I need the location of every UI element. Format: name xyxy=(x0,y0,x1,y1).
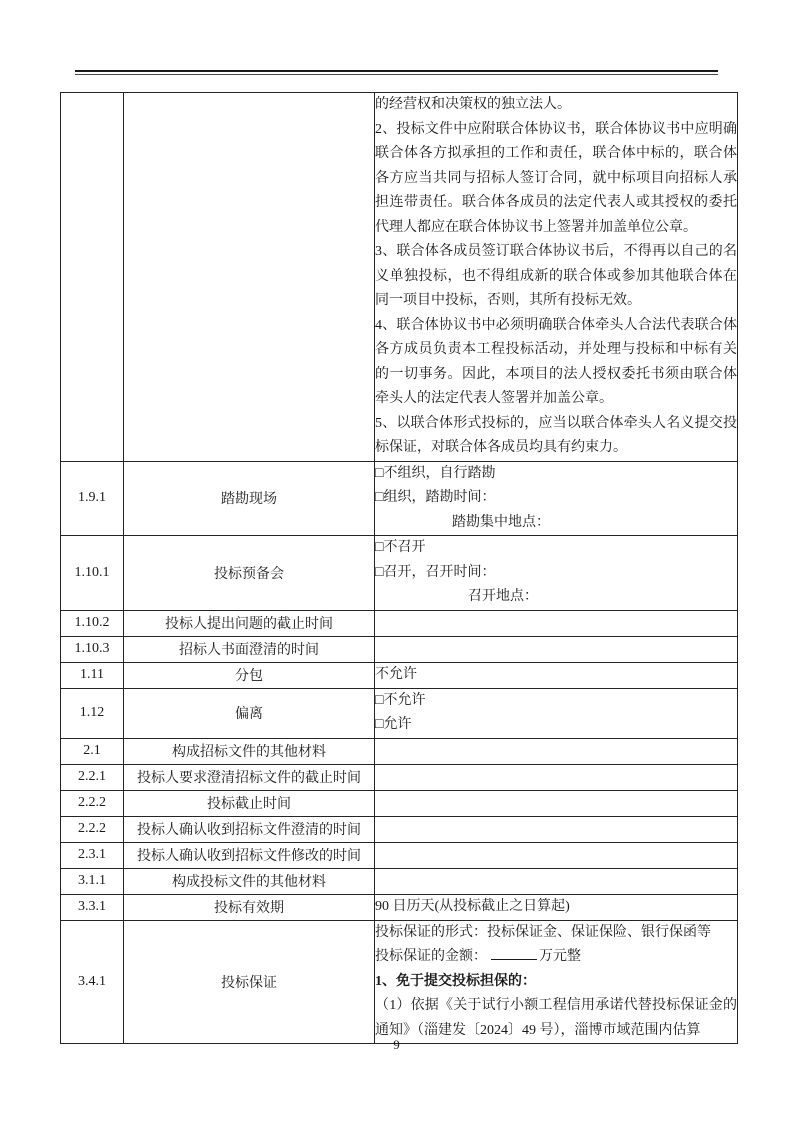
clause-number-cell: 2.1 xyxy=(61,738,124,764)
security-form-line: 投标保证的形式：投标保证金、保证保险、银行保函等 xyxy=(375,921,737,946)
checkbox-option-no-organize: □不组织，自行踏勘 xyxy=(375,462,737,487)
clause-name-cell xyxy=(124,93,375,462)
table-row-site-inspection: 1.9.1 踏勘现场 □不组织，自行踏勘 □组织，踏勘时间： 踏勘集中地点： xyxy=(61,461,738,536)
clause-value-cell xyxy=(375,868,738,894)
clause-name-cell: 投标有效期 xyxy=(124,894,375,920)
clause-number-cell: 1.10.3 xyxy=(61,636,124,662)
joint-venture-paragraph: 5、以联合体形式投标的，应当以联合体牵头人名义提交投标保证，对联合体各成员均具有… xyxy=(375,412,737,461)
clause-value-cell: □不组织，自行踏勘 □组织，踏勘时间： 踏勘集中地点： xyxy=(375,461,738,536)
clause-value-cell xyxy=(375,816,738,842)
table-row: 2.2.2 投标人确认收到招标文件澄清的时间 xyxy=(61,816,738,842)
checkbox-option-meeting: □召开，召开时间： xyxy=(375,561,737,586)
clause-number-cell: 2.2.2 xyxy=(61,816,124,842)
document-page: 的经营权和决策权的独立法人。 2、投标文件中应附联合体协议书，联合体协议书中应明… xyxy=(0,0,793,1122)
clause-value-cell: 不允许 xyxy=(375,662,738,688)
clause-number-cell: 3.3.1 xyxy=(61,894,124,920)
clause-value-cell: 的经营权和决策权的独立法人。 2、投标文件中应附联合体协议书，联合体协议书中应明… xyxy=(375,93,738,462)
checkbox-option-allowed: □允许 xyxy=(375,713,737,738)
clause-number-cell xyxy=(61,93,124,462)
clause-number-cell: 3.4.1 xyxy=(61,920,124,1044)
table-row: 3.1.1 构成投标文件的其他材料 xyxy=(61,868,738,894)
clause-number-cell: 2.3.1 xyxy=(61,842,124,868)
table-row-bid-security: 3.4.1 投标保证 投标保证的形式：投标保证金、保证保险、银行保函等 投标保证… xyxy=(61,920,738,1044)
checkbox-option-no-meeting: □不召开 xyxy=(375,536,737,561)
clause-number-cell: 1.10.1 xyxy=(61,536,124,611)
table-row-subcontract: 1.11 分包 不允许 xyxy=(61,662,738,688)
table-row: 2.3.1 投标人确认收到招标文件修改的时间 xyxy=(61,842,738,868)
clause-name-cell: 投标人要求澄清招标文件的截止时间 xyxy=(124,764,375,790)
clause-number-cell: 2.2.2 xyxy=(61,790,124,816)
clause-number-cell: 1.12 xyxy=(61,688,124,738)
clause-name-cell: 投标人提出问题的截止时间 xyxy=(124,610,375,636)
clause-number-cell: 3.1.1 xyxy=(61,868,124,894)
clause-value-cell: 90 日历天(从投标截止之日算起) xyxy=(375,894,738,920)
clause-value-cell xyxy=(375,738,738,764)
clause-value-cell xyxy=(375,790,738,816)
clause-value-cell xyxy=(375,610,738,636)
clause-name-cell: 投标预备会 xyxy=(124,536,375,611)
security-exempt-heading: 1、免于提交投标担保的： xyxy=(375,970,737,995)
clause-name-cell: 招标人书面澄清的时间 xyxy=(124,636,375,662)
header-divider-rule xyxy=(75,70,718,75)
clause-value-cell: □不召开 □召开，召开时间： 召开地点： xyxy=(375,536,738,611)
table-row-prebid-meeting: 1.10.1 投标预备会 □不召开 □召开，召开时间： 召开地点： xyxy=(61,536,738,611)
security-amount-prefix: 投标保证的金额： xyxy=(375,949,487,964)
clause-name-cell: 构成投标文件的其他材料 xyxy=(124,868,375,894)
table-row-deviation: 1.12 偏离 □不允许 □允许 xyxy=(61,688,738,738)
clause-name-cell: 投标人确认收到招标文件澄清的时间 xyxy=(124,816,375,842)
security-amount-line: 投标保证的金额：万元整 xyxy=(375,945,737,970)
table-row: 2.2.1 投标人要求澄清招标文件的截止时间 xyxy=(61,764,738,790)
clause-number-cell: 1.10.2 xyxy=(61,610,124,636)
clause-name-cell: 分包 xyxy=(124,662,375,688)
inspection-meeting-place-label: 踏勘集中地点： xyxy=(375,511,737,536)
security-amount-suffix: 万元整 xyxy=(539,949,581,964)
checkbox-option-organize: □组织，踏勘时间： xyxy=(375,486,737,511)
table-row: 1.10.2 投标人提出问题的截止时间 xyxy=(61,610,738,636)
tender-data-table: 的经营权和决策权的独立法人。 2、投标文件中应附联合体协议书，联合体协议书中应明… xyxy=(60,92,738,1044)
joint-venture-paragraph: 的经营权和决策权的独立法人。 xyxy=(375,93,737,118)
security-exempt-item: （1）依据《关于试行小额工程信用承诺代替投标保证金的通知》（淄建发〔2024〕4… xyxy=(375,994,737,1043)
clause-value-cell xyxy=(375,636,738,662)
clause-value-cell: □不允许 □允许 xyxy=(375,688,738,738)
joint-venture-paragraph: 3、联合体各成员签订联合体协议书后，不得再以自己的名义单独投标，也不得组成新的联… xyxy=(375,240,737,314)
table-row: 2.1 构成招标文件的其他材料 xyxy=(61,738,738,764)
clause-name-cell: 偏离 xyxy=(124,688,375,738)
clause-number-cell: 1.11 xyxy=(61,662,124,688)
clause-name-cell: 踏勘现场 xyxy=(124,461,375,536)
clause-name-cell: 投标人确认收到招标文件修改的时间 xyxy=(124,842,375,868)
table-row: 1.10.3 招标人书面澄清的时间 xyxy=(61,636,738,662)
amount-blank-underline xyxy=(491,946,537,960)
table-row-continuation: 的经营权和决策权的独立法人。 2、投标文件中应附联合体协议书，联合体协议书中应明… xyxy=(61,93,738,462)
clause-value-cell: 投标保证的形式：投标保证金、保证保险、银行保函等 投标保证的金额：万元整 1、免… xyxy=(375,920,738,1044)
clause-name-cell: 构成招标文件的其他材料 xyxy=(124,738,375,764)
joint-venture-paragraph: 2、投标文件中应附联合体协议书，联合体协议书中应明确联合体各方拟承担的工作和责任… xyxy=(375,118,737,241)
clause-number-cell: 1.9.1 xyxy=(61,461,124,536)
table-row-bid-validity: 3.3.1 投标有效期 90 日历天(从投标截止之日算起) xyxy=(61,894,738,920)
clause-value-cell xyxy=(375,764,738,790)
table-row: 2.2.2 投标截止时间 xyxy=(61,790,738,816)
clause-number-cell: 2.2.1 xyxy=(61,764,124,790)
clause-value-cell xyxy=(375,842,738,868)
clause-name-cell: 投标保证 xyxy=(124,920,375,1044)
checkbox-option-not-allowed: □不允许 xyxy=(375,689,737,714)
meeting-place-label: 召开地点： xyxy=(375,585,737,610)
page-number: 9 xyxy=(0,1037,793,1053)
joint-venture-paragraph: 4、联合体协议书中必须明确联合体牵头人合法代表联合体各方成员负责本工程投标活动，… xyxy=(375,314,737,412)
clause-name-cell: 投标截止时间 xyxy=(124,790,375,816)
